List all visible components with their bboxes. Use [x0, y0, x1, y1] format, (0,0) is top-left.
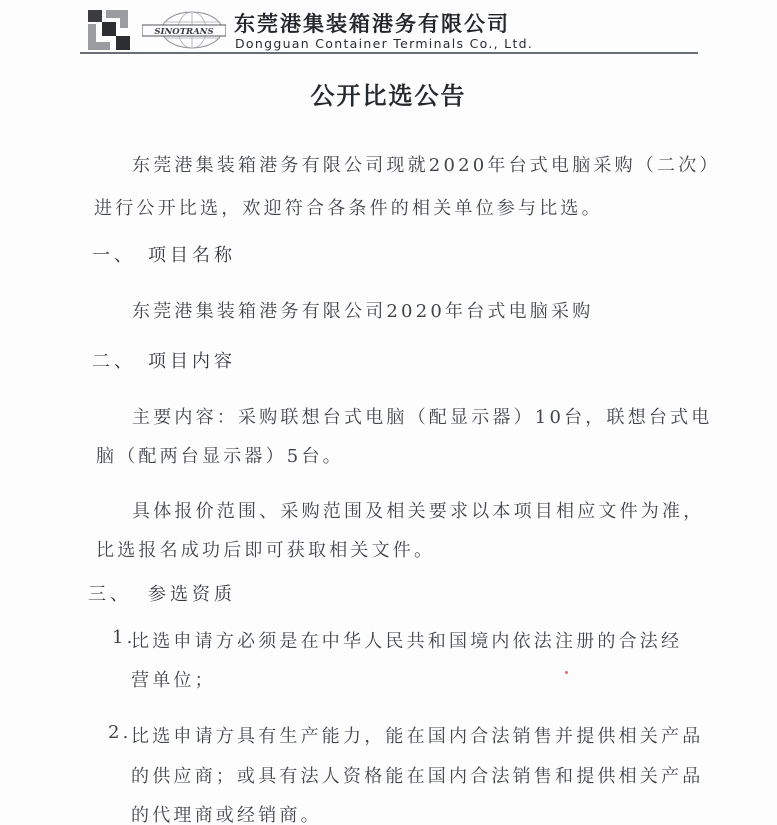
section-title: 项目内容	[148, 351, 236, 372]
section-heading-qualifications: 三、参选资质	[88, 580, 236, 606]
qualification-item-2-index: 2.	[108, 722, 132, 743]
qualification-item-2-line-1: 比选申请方具有生产能力，能在国内合法销售并提供相关产品	[131, 722, 703, 748]
section-heading-project-content: 二、项目内容	[92, 347, 236, 373]
letterhead-divider	[80, 52, 698, 54]
section-number: 三、	[88, 580, 148, 606]
intro-line-1: 东莞港集装箱港务有限公司现就2020年台式电脑采购（二次）	[132, 151, 721, 177]
content-para-1-line-1: 主要内容：采购联想台式电脑（配显示器）10台，联想台式电	[132, 403, 713, 429]
content-para-2-line-1: 具体报价范围、采购范围及相关要求以本项目相应文件为准，	[132, 497, 704, 523]
qualification-item-2-line-2: 的供应商；或具有法人资格能在国内合法销售和提供相关产品	[131, 762, 703, 788]
company-name-en: Dongguan Container Terminals Co., Ltd.	[235, 36, 533, 51]
document-title: 公开比选公告	[0, 76, 777, 111]
section-title: 参选资质	[148, 584, 236, 605]
intro-line-2: 进行公开比选，欢迎符合各条件的相关单位参与比选。	[94, 194, 603, 220]
section-title: 项目名称	[148, 245, 236, 266]
letterhead: SINOTRANS 东莞港集装箱港务有限公司 Dongguan Containe…	[88, 6, 698, 54]
project-name-text: 东莞港集装箱港务有限公司2020年台式电脑采购	[132, 297, 593, 323]
svg-text:SINOTRANS: SINOTRANS	[154, 27, 213, 37]
section-heading-project-name: 一、项目名称	[92, 241, 236, 267]
company-name-cn: 东莞港集装箱港务有限公司	[234, 8, 510, 38]
qualification-item-1-line-2: 营单位；	[131, 666, 216, 692]
section-number: 二、	[92, 347, 148, 373]
qualification-item-2-line-3: 的代理商或经销商。	[131, 801, 322, 825]
content-para-2-line-2: 比选报名成功后即可获取相关文件。	[96, 536, 435, 562]
sinotrans-globe-logo-icon: SINOTRANS	[142, 10, 226, 50]
section-number: 一、	[92, 241, 148, 267]
stray-mark	[565, 671, 568, 674]
content-para-1-line-2: 脑（配两台显示器）5台。	[96, 442, 344, 468]
qualification-item-1-line-1: 比选申请方必须是在中华人民共和国境内依法注册的合法经	[131, 627, 682, 653]
company-logo-icon	[88, 10, 132, 50]
